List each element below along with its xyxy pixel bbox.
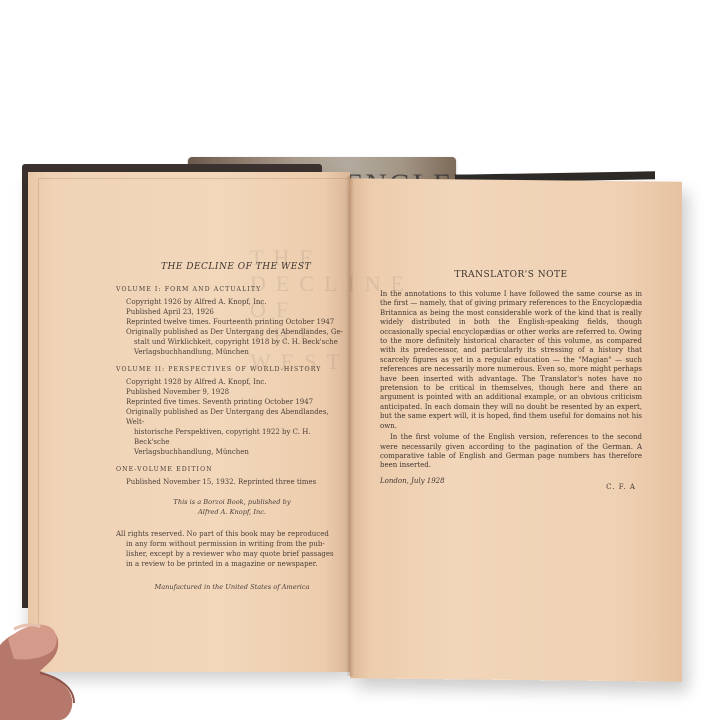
volume-1-line: stalt und Wirklichkeit, copyright 1918 b… <box>126 337 348 347</box>
volume-1-heading: VOLUME I: FORM AND ACTUALITY <box>116 286 348 293</box>
volume-2-line: Verlagsbuchhandlung, München <box>126 447 348 457</box>
volume-1-line: Published April 23, 1926 <box>126 307 348 317</box>
translators-note-page: TRANSLATOR'S NOTE In the annotations to … <box>380 270 642 491</box>
volume-1-line: Originally published as Der Untergang de… <box>126 327 348 337</box>
hand-icon <box>0 615 120 720</box>
volume-2-line: historische Perspektiven, copyright 1922… <box>126 427 348 447</box>
one-volume-heading: ONE-VOLUME EDITION <box>116 466 348 473</box>
volume-2-line: Originally published as Der Untergang de… <box>126 407 348 427</box>
volume-2-block: VOLUME II: PERSPECTIVES OF WORLD-HISTORY… <box>116 366 348 457</box>
rights-line: All rights reserved. No part of this boo… <box>116 529 348 539</box>
volume-2-line: Published November 9, 1928 <box>126 387 348 397</box>
publisher-note: This is a Borzoi Book, published by Alfr… <box>116 497 348 517</box>
place-date: London, July 1928 <box>380 477 445 491</box>
publisher-note-line: This is a Borzoi Book, published by <box>116 497 348 507</box>
volume-1-block: VOLUME I: FORM AND ACTUALITY Copyright 1… <box>116 286 348 357</box>
translator-signature: C. F. A <box>606 483 636 491</box>
volume-2-line: Reprinted five times. Seventh printing O… <box>126 397 348 407</box>
copyright-page: THE DECLINE OF THE WEST VOLUME I: FORM A… <box>116 262 348 591</box>
volume-2-line: Copyright 1928 by Alfred A. Knopf, Inc. <box>126 377 348 387</box>
one-volume-line: Published November 15, 1932. Reprinted t… <box>126 477 348 487</box>
volume-1-line: Reprinted twelve times. Fourteenth print… <box>126 317 348 327</box>
note-footer: London, July 1928 C. F. A <box>380 477 642 491</box>
rights-line: in a review to be printed in a magazine … <box>116 559 348 569</box>
publisher-note-line: Alfred A. Knopf, Inc. <box>116 507 348 517</box>
book-photo: ENGLER THE DECLINE OF THE WEST THE DECLI… <box>0 0 720 720</box>
rights-line: lisher, except by a reviewer who may quo… <box>116 549 348 559</box>
book-title: THE DECLINE OF THE WEST <box>124 262 348 272</box>
rights-statement: All rights reserved. No part of this boo… <box>116 529 348 569</box>
rights-line: in any form without permission in writin… <box>116 539 348 549</box>
note-paragraph-1: In the annotations to this volume I have… <box>380 290 642 431</box>
translators-note-title: TRANSLATOR'S NOTE <box>380 270 642 280</box>
volume-1-line: Verlagsbuchhandlung, München <box>126 347 348 357</box>
note-paragraph-2: In the first volume of the English versi… <box>380 433 642 471</box>
volume-1-line: Copyright 1926 by Alfred A. Knopf, Inc. <box>126 297 348 307</box>
manufactured-note: Manufactured in the United States of Ame… <box>116 583 348 591</box>
volume-2-heading: VOLUME II: PERSPECTIVES OF WORLD-HISTORY <box>116 366 348 373</box>
one-volume-block: ONE-VOLUME EDITION Published November 15… <box>116 466 348 487</box>
